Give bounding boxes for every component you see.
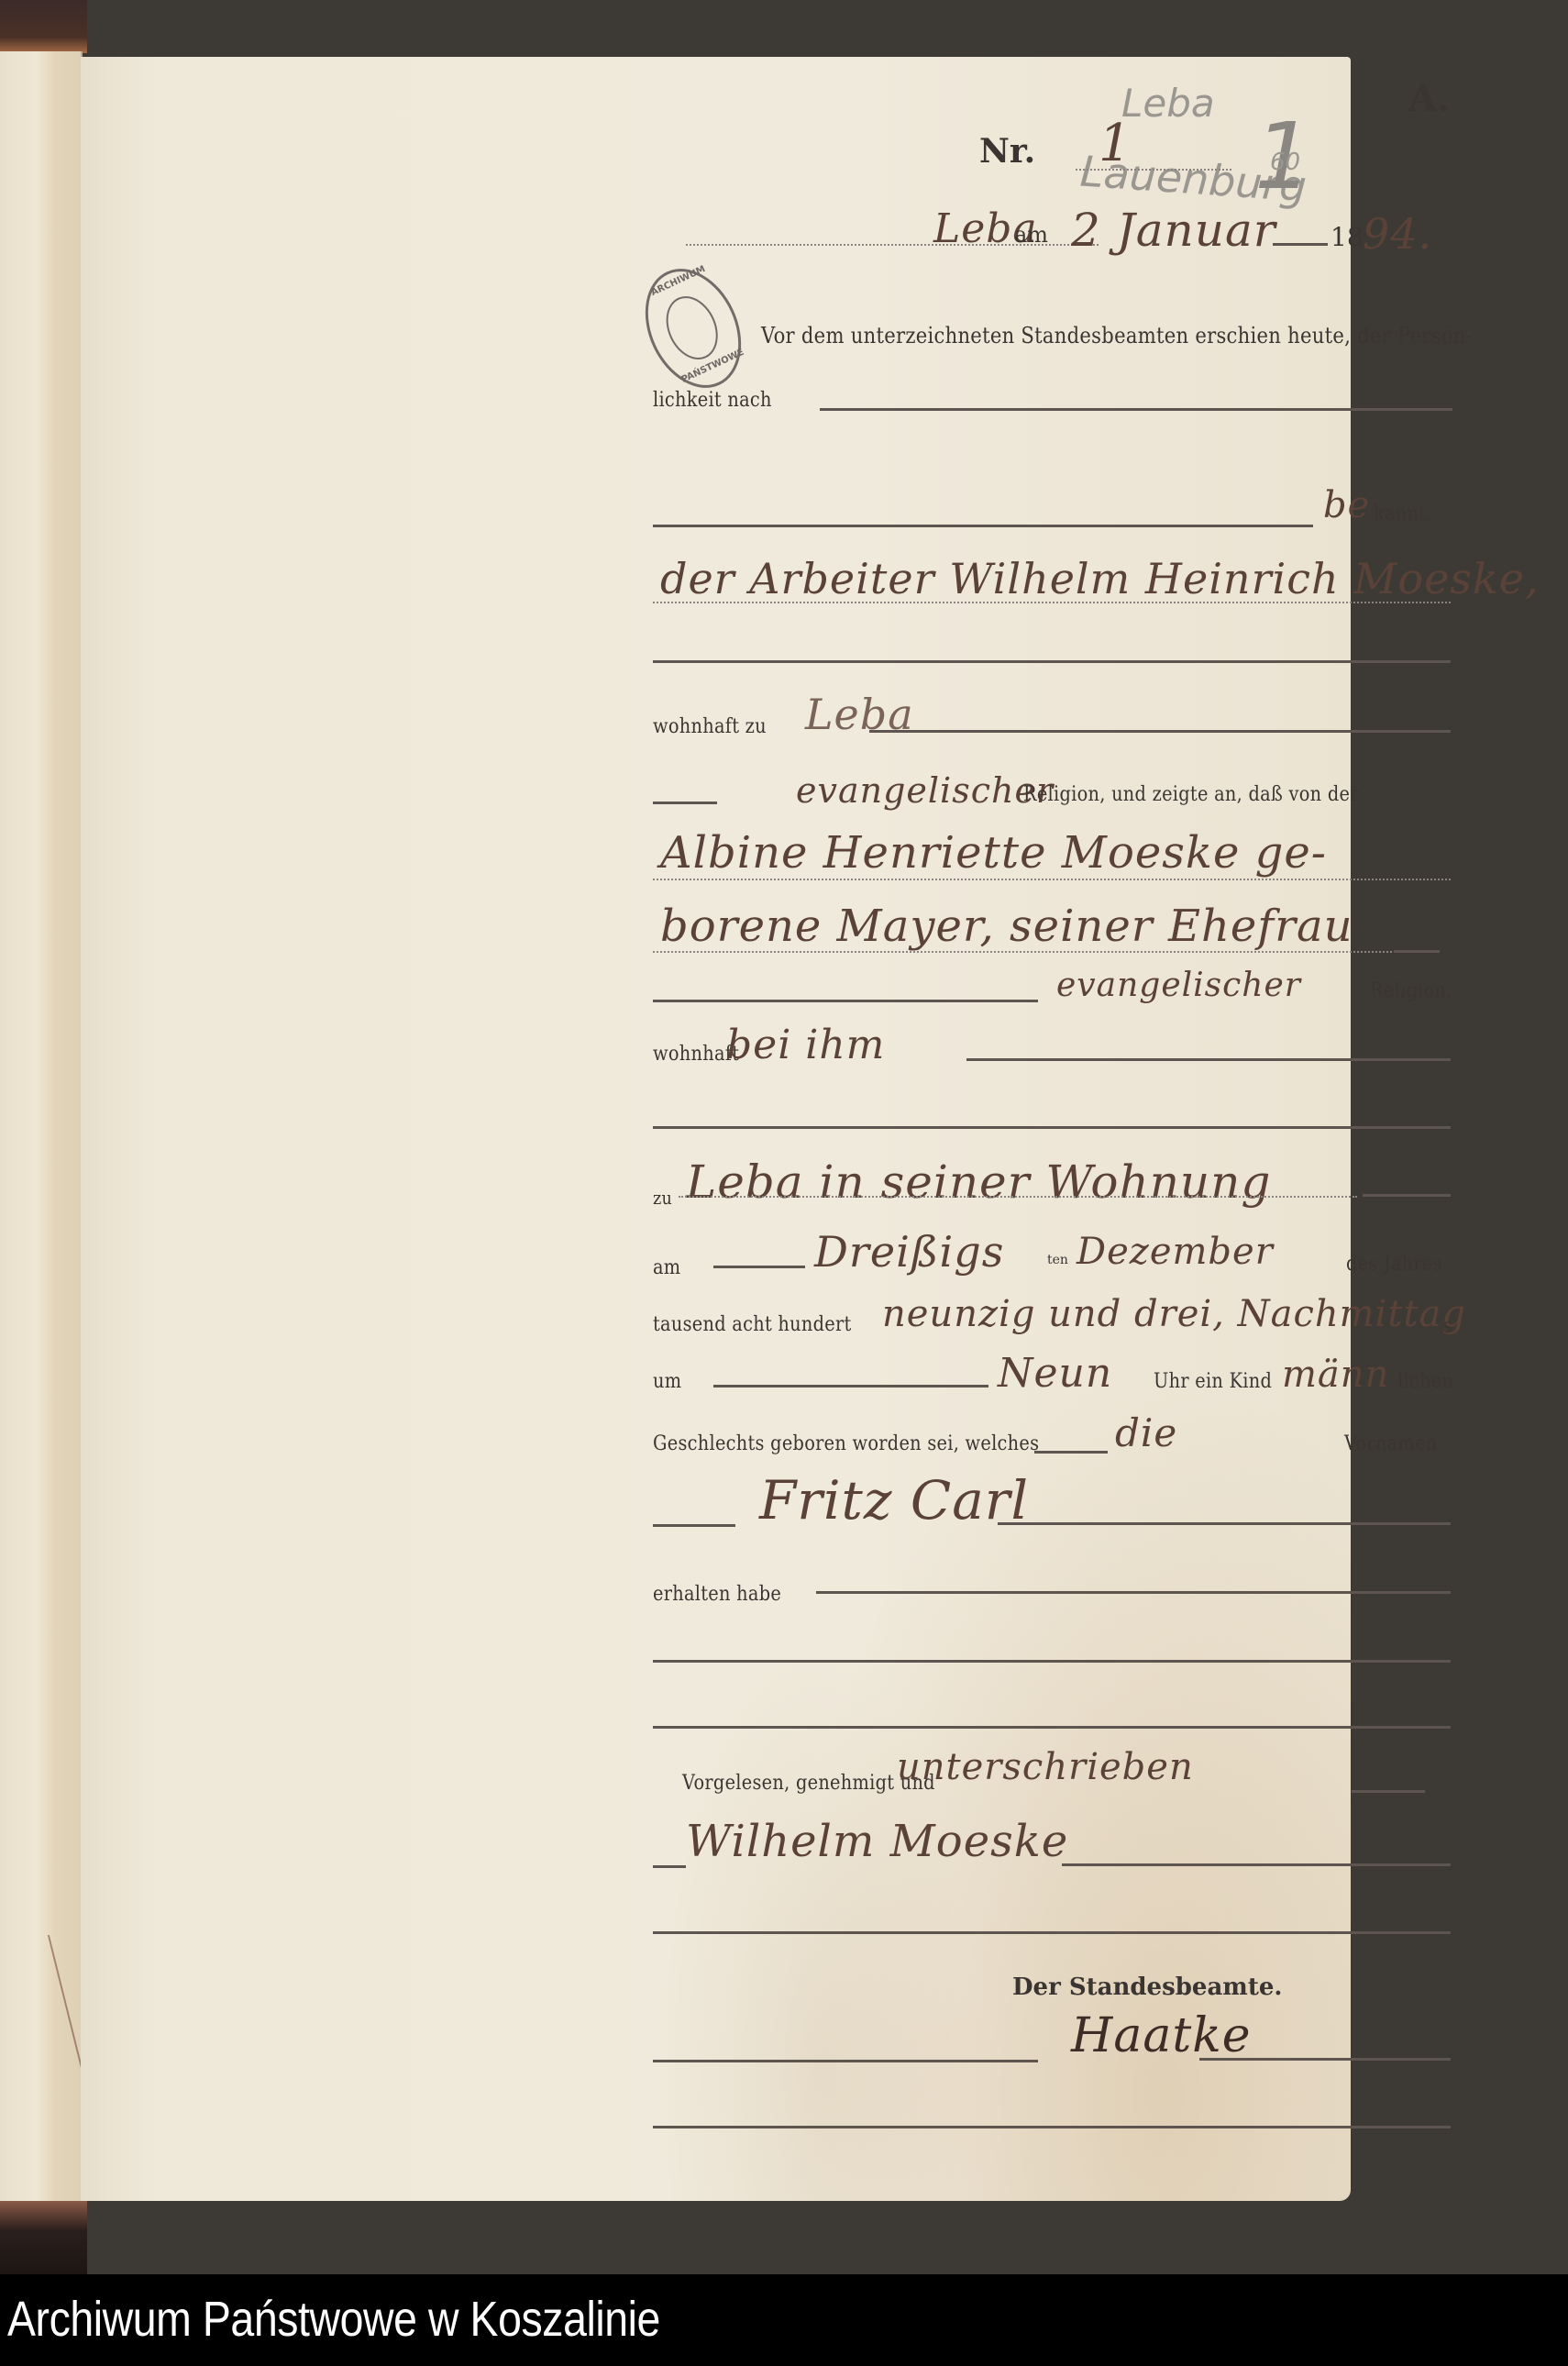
article: die bbox=[1115, 1410, 1177, 1455]
date-line-right bbox=[1273, 243, 1328, 246]
line-empty-4 bbox=[653, 1726, 1451, 1729]
line-bekannt bbox=[653, 525, 1313, 527]
tausend-label: tausend acht hundert bbox=[653, 1313, 852, 1336]
line-residence bbox=[869, 730, 1451, 733]
line-mother-1 bbox=[653, 879, 1451, 880]
line-informant bbox=[653, 602, 1451, 603]
nr-value: 1 bbox=[1099, 114, 1132, 173]
line-erhalten bbox=[816, 1591, 1451, 1594]
line-empty-3 bbox=[653, 1660, 1451, 1663]
line-mother-residence bbox=[966, 1058, 1451, 1061]
mother-religion: evangelischer bbox=[1056, 967, 1301, 1004]
corner-letter: A. bbox=[1408, 77, 1450, 120]
line-article bbox=[1034, 1451, 1108, 1454]
child-sex: männ bbox=[1282, 1354, 1389, 1396]
registrar-signature: Haatke bbox=[1071, 2008, 1252, 2063]
am-label-2: am bbox=[653, 1256, 680, 1279]
line-birthplace-end bbox=[1363, 1194, 1451, 1197]
line-birthplace bbox=[679, 1196, 1357, 1198]
given-names: Fritz Carl bbox=[759, 1469, 1029, 1531]
scanned-image: A. Leba Lauenburg 1 60 Nr. 1 Leba am 2 J… bbox=[0, 0, 1568, 2274]
nr-label: Nr. bbox=[979, 132, 1035, 171]
des-jahres-label: des Jahres bbox=[1346, 1253, 1442, 1276]
line-mother-2 bbox=[653, 951, 1414, 953]
ten-label: ten bbox=[1047, 1253, 1068, 1267]
header-date: 2 Januar bbox=[1071, 204, 1276, 257]
birth-year-words: neunzig und drei, Nachmittag bbox=[882, 1293, 1466, 1335]
s-label: s bbox=[1443, 1315, 1452, 1338]
religion-label: Religion, bbox=[1370, 979, 1452, 1002]
archive-name: Archiwum Państwowe w Koszalinie bbox=[7, 2291, 660, 2348]
informant-religion: evangelischer bbox=[796, 770, 1054, 811]
line-registrar-right bbox=[1199, 2058, 1451, 2061]
book-cover-corner-top bbox=[0, 0, 87, 53]
am-label: am bbox=[1014, 222, 1048, 248]
lichkeit-label: lichkeit nach bbox=[653, 389, 772, 412]
pencil-note-place: Leba bbox=[1121, 81, 1215, 126]
line-mother-2-end bbox=[1394, 950, 1440, 953]
line-lichkeit bbox=[820, 408, 1452, 411]
line-signature-start bbox=[653, 1865, 686, 1868]
birth-day: Dreißigs bbox=[814, 1227, 1004, 1277]
line-registrar-left bbox=[653, 2060, 1038, 2062]
erhalten-label: erhalten habe bbox=[653, 1583, 781, 1606]
year-prefix: 18 bbox=[1331, 222, 1364, 252]
line-empty-5 bbox=[653, 1931, 1451, 1934]
line-signature-end bbox=[1062, 1863, 1451, 1866]
book-cover-corner-bottom bbox=[0, 2201, 87, 2274]
line-religion-1 bbox=[653, 802, 717, 804]
signed-word: unterschrieben bbox=[897, 1746, 1194, 1788]
birth-hour: Neun bbox=[998, 1350, 1112, 1397]
bekannt-prefix: be bbox=[1323, 484, 1370, 526]
registrar-title: Der Standesbeamte. bbox=[1012, 1974, 1282, 2001]
line-empty-6 bbox=[653, 2126, 1451, 2128]
intro-text: Vor dem unterzeichneten Standesbeamten e… bbox=[761, 323, 1473, 348]
line-birth-day-start bbox=[713, 1266, 805, 1268]
kannt-label: kannt, bbox=[1374, 503, 1432, 525]
religion-zeigte-label: Religion, und zeigte an, daß von der bbox=[1023, 783, 1359, 806]
informant-name: der Arbeiter Wilhelm Heinrich Moeske, bbox=[660, 554, 1540, 603]
mother-line-2: borene Mayer, seiner Ehefrau bbox=[660, 901, 1353, 952]
register-page: A. Leba Lauenburg 1 60 Nr. 1 Leba am 2 J… bbox=[81, 57, 1351, 2201]
line-empty-1 bbox=[653, 660, 1451, 663]
line-signed-end bbox=[1352, 1790, 1425, 1793]
mother-residence: bei ihm bbox=[726, 1022, 885, 1068]
um-label: um bbox=[653, 1370, 681, 1393]
year-suffix: 94. bbox=[1363, 209, 1432, 259]
line-names-end bbox=[998, 1522, 1451, 1525]
birthplace: Leba in seiner Wohnung bbox=[686, 1155, 1271, 1209]
informant-signature: Wilhelm Moeske bbox=[686, 1816, 1068, 1867]
line-names-start bbox=[653, 1524, 735, 1527]
wohnhaft-zu-label: wohnhaft zu bbox=[653, 715, 767, 738]
archive-stamp: ARCHIWUM PAŃSTWOWE bbox=[627, 253, 759, 404]
line-birth-hour bbox=[713, 1385, 988, 1388]
pencil-small-note: 60 bbox=[1270, 149, 1300, 176]
mother-line-1: Albine Henriette Moeske ge- bbox=[660, 827, 1327, 879]
book-binding-strip bbox=[0, 51, 83, 2202]
line-religion-2 bbox=[653, 1000, 1038, 1002]
zu-label: zu bbox=[653, 1187, 672, 1209]
uhr-kind-label: Uhr ein Kind bbox=[1154, 1370, 1272, 1393]
birth-month: Dezember bbox=[1077, 1231, 1274, 1273]
lichen-label: lichen bbox=[1397, 1370, 1453, 1393]
archive-footer-bar: Archiwum Państwowe w Koszalinie bbox=[0, 2274, 1568, 2366]
line-empty-2 bbox=[653, 1126, 1451, 1129]
vornamen-label: Vornamen bbox=[1344, 1432, 1438, 1455]
geschlechts-label: Geschlechts geboren worden sei, welches bbox=[653, 1432, 1039, 1455]
nr-underline bbox=[1076, 169, 1231, 171]
